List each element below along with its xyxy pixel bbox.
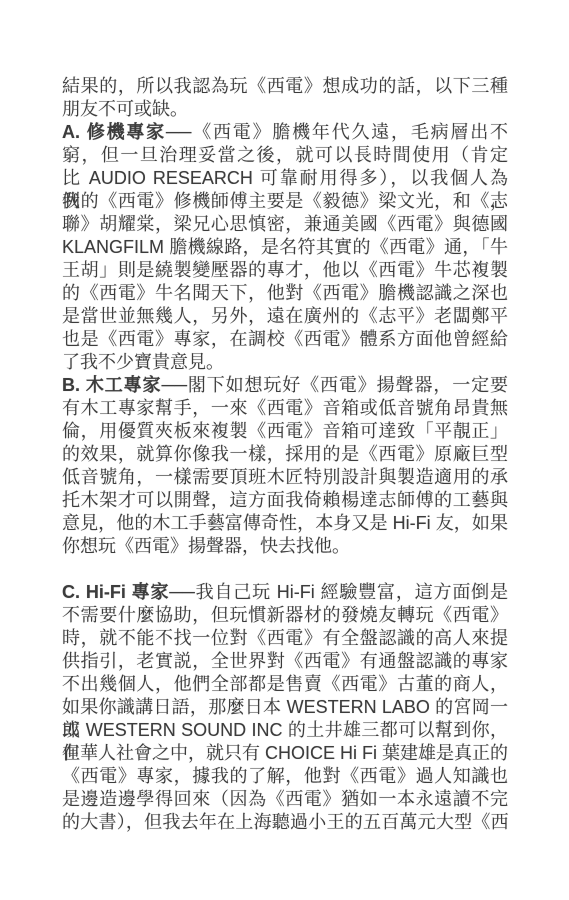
text-line: 你想玩《西電》揚聲器，快去找他。 (62, 535, 508, 558)
text-line: 《西電》專家，據我的了解，他對《西電》過人知識也 (62, 765, 508, 788)
text-line: 比 AUDIO RESEARCH 可靠耐用得多），以我個人為例， (62, 167, 508, 190)
text-line (62, 558, 508, 581)
text-line: 低音號角，一樣需要頂班木匠特別設計與製造適用的承 (62, 466, 508, 489)
text-line: 意見，他的木工手藝富傳奇性，本身又是 Hi-Fi 友，如果 (62, 512, 508, 535)
text-line: 王胡」則是繞製變壓器的專才，他以《西電》牛芯複製 (62, 259, 508, 282)
section-line: A. 修機專家──《西電》膽機年代久遠，毛病層出不 (62, 121, 508, 144)
document-page: 結果的，所以我認為玩《西電》想成功的話，以下三種朋友不可或缺。A. 修機專家──… (62, 75, 508, 834)
text-line: 了我不少寶貴意見。 (62, 351, 508, 374)
text-line: 的《西電》牛名聞天下，他對《西電》膽機認識之深也 (62, 282, 508, 305)
text-line: KLANGFILM 膽機線路，是名符其實的《西電》通，「牛 (62, 236, 508, 259)
text-line: 聯》胡耀棠，梁兄心思慎密，兼通美國《西電》與德國 (62, 213, 508, 236)
text-line: 結果的，所以我認為玩《西電》想成功的話，以下三種 (62, 75, 508, 98)
text-line: 朋友不可或缺。 (62, 98, 508, 121)
text-line: 供指引，老實説，全世界對《西電》有通盤認識的專家 (62, 650, 508, 673)
text-line: 不出幾個人，他們全部都是售賣《西電》古董的商人， (62, 673, 508, 696)
text-line: 我的《西電》修機師傅主要是《毅德》梁文光，和《志 (62, 190, 508, 213)
text-line: 的效果，就算你像我一樣，採用的是《西電》原廠巨型 (62, 443, 508, 466)
text-line: 如果你識講日語，那麼日本 WESTERN LABO 的宮岡一郎 (62, 696, 508, 719)
text-line: 是當世並無幾人，另外，遠在廣州的《志平》老闆鄭平 (62, 305, 508, 328)
text-line: 窮，但一旦治理妥當之後，就可以長時間使用（肯定 (62, 144, 508, 167)
text-line: 是邊造邊學得回來（因為《西電》猶如一本永遠讀不完 (62, 788, 508, 811)
text-line: 或 WESTERN SOUND INC 的土井雄三都可以幫到你，但 (62, 719, 508, 742)
text-line: 不需要什麼協助，但玩慣新器材的發燒友轉玩《西電》 (62, 604, 508, 627)
section-heading: B. 木工專家 (62, 375, 161, 395)
text-line: 也是《西電》專家，在調校《西電》體系方面他曾經給 (62, 328, 508, 351)
text-line: 的大書），但我去年在上海聽過小王的五百萬元大型《西 (62, 811, 508, 834)
text-line: 托木架才可以開聲，這方面我倚賴楊達志師傅的工藝與 (62, 489, 508, 512)
section-line: B. 木工專家──閣下如想玩好《西電》揚聲器，一定要 (62, 374, 508, 397)
text-line: 時，就不能不找一位對《西電》有全盤認識的高人來提 (62, 627, 508, 650)
section-heading: A. 修機專家 (62, 122, 166, 142)
section-line: C. Hi-Fi 專家──我自己玩 Hi-Fi 經驗豐富，這方面倒是 (62, 581, 508, 604)
text-line: 在華人社會之中，就只有 CHOICE Hi Fi 葉建雄是真正的 (62, 742, 508, 765)
section-heading: C. Hi-Fi 專家 (62, 582, 169, 602)
text-line: 有木工專家幫手，一來《西電》音箱或低音號角昂貴無 (62, 397, 508, 420)
text-line: 倫，用優質夾板來複製《西電》音箱可達致「平靚正」 (62, 420, 508, 443)
